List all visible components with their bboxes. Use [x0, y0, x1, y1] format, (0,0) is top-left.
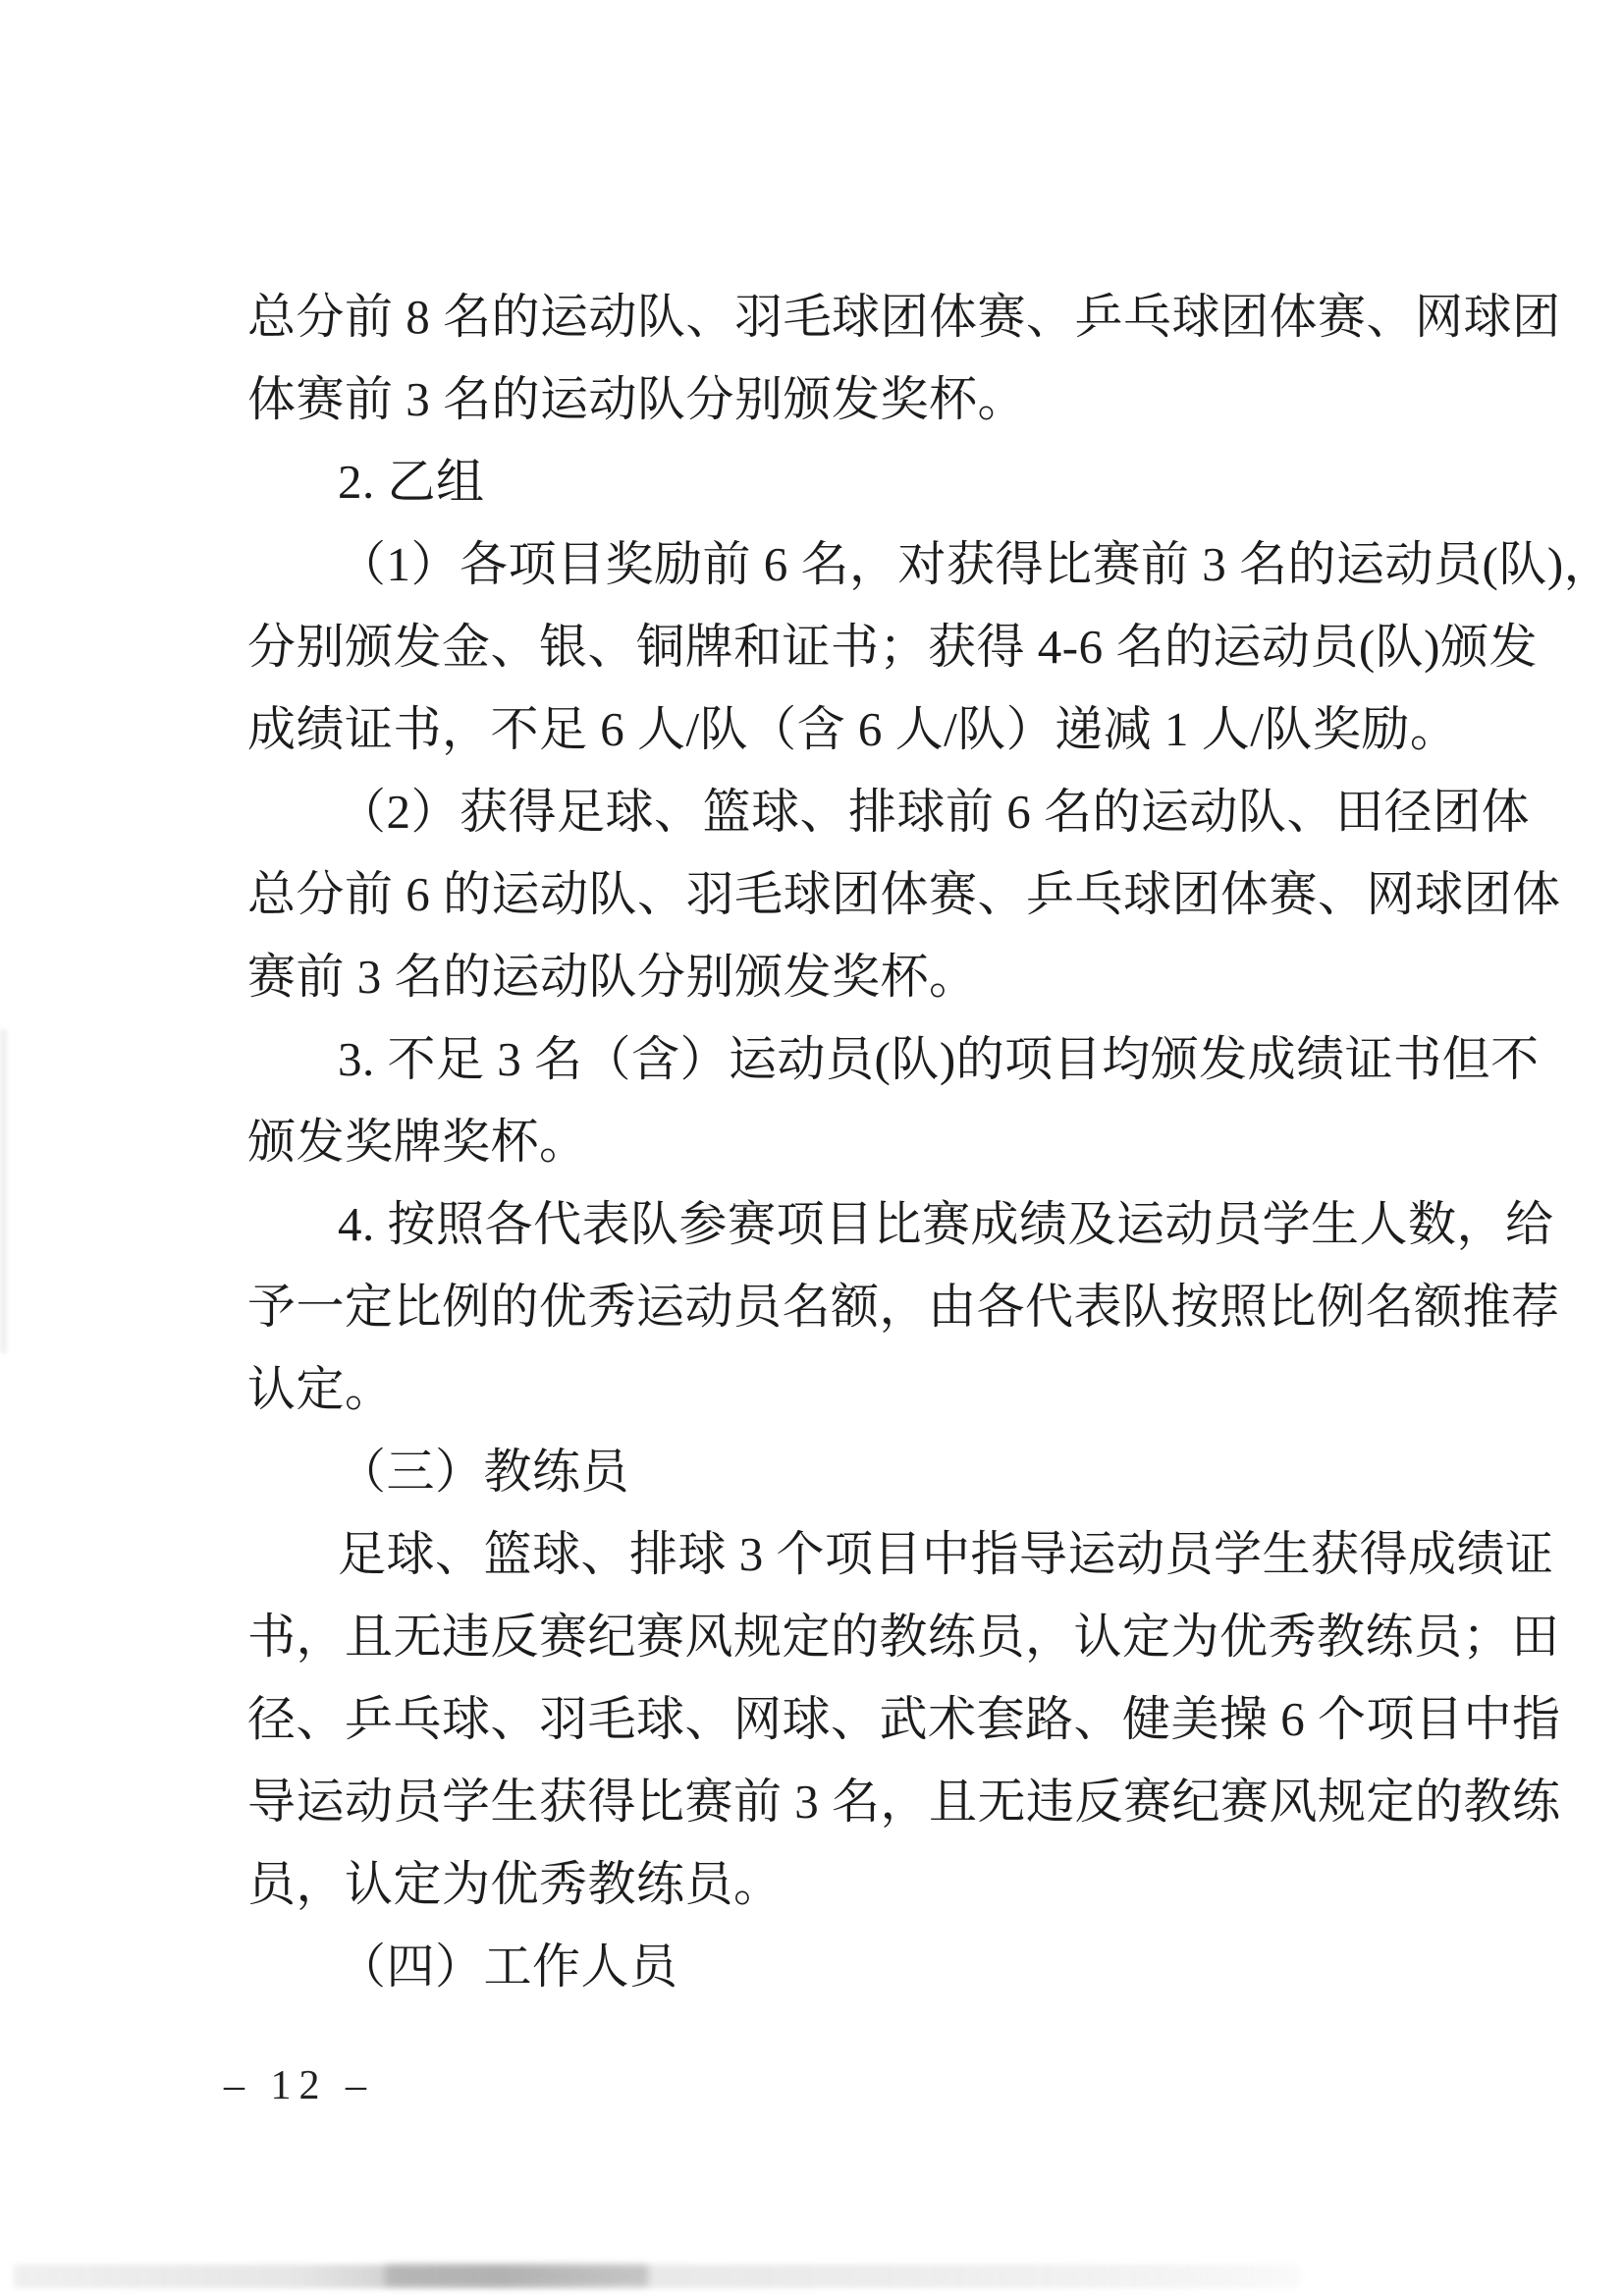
text-line: （四）工作人员 — [247, 1926, 1437, 2008]
text-line: 4. 按照各代表队参赛项目比赛成绩及运动员学生人数，给 — [247, 1183, 1437, 1266]
scan-bleed-dark-artifact — [385, 2265, 648, 2286]
text-line: （1）各项目奖励前 6 名，对获得比赛前 3 名的运动员(队)， — [247, 523, 1437, 606]
text-line: 导运动员学生获得比赛前 3 名，且无违反赛纪赛风规定的教练 — [247, 1761, 1437, 1843]
text-line: 书，且无违反赛纪赛风规定的教练员，认定为优秀教练员；田 — [247, 1596, 1437, 1678]
document-page: 总分前 8 名的运动队、羽毛球团体赛、乒乓球团体赛、网球团 体赛前 3 名的运动… — [0, 0, 1623, 2296]
text-line: （2）获得足球、篮球、排球前 6 名的运动队、田径团体 — [247, 771, 1437, 853]
text-line: 体赛前 3 名的运动队分别颁发奖杯。 — [247, 358, 1437, 441]
text-line: 员，认定为优秀教练员。 — [247, 1843, 1437, 1926]
text-line: 径、乒乓球、羽毛球、网球、武术套路、健美操 6 个项目中指 — [247, 1678, 1437, 1761]
text-line: 总分前 8 名的运动队、羽毛球团体赛、乒乓球团体赛、网球团 — [247, 276, 1437, 358]
text-line: 成绩证书，不足 6 人/队（含 6 人/队）递减 1 人/队奖励。 — [247, 688, 1437, 771]
page-number: – 12 – — [224, 2062, 374, 2109]
text-line: 2. 乙组 — [247, 441, 1437, 523]
scan-bleed-artifact — [14, 2265, 1300, 2288]
text-line: 认定。 — [247, 1348, 1437, 1431]
text-line: 足球、篮球、排球 3 个项目中指导运动员学生获得成绩证 — [247, 1513, 1437, 1596]
scan-edge-smudge-artifact — [0, 1029, 7, 1353]
text-line: 3. 不足 3 名（含）运动员(队)的项目均颁发成绩证书但不 — [247, 1018, 1437, 1101]
text-line: 分别颁发金、银、铜牌和证书；获得 4-6 名的运动员(队)颁发 — [247, 606, 1437, 688]
text-line: 赛前 3 名的运动队分别颁发奖杯。 — [247, 936, 1437, 1018]
text-line: 颁发奖牌奖杯。 — [247, 1101, 1437, 1183]
text-block: 总分前 8 名的运动队、羽毛球团体赛、乒乓球团体赛、网球团 体赛前 3 名的运动… — [247, 276, 1437, 2008]
text-line: （三）教练员 — [247, 1431, 1437, 1513]
text-line: 予一定比例的优秀运动员名额，由各代表队按照比例名额推荐 — [247, 1266, 1437, 1348]
text-line: 总分前 6 的运动队、羽毛球团体赛、乒乓球团体赛、网球团体 — [247, 853, 1437, 936]
